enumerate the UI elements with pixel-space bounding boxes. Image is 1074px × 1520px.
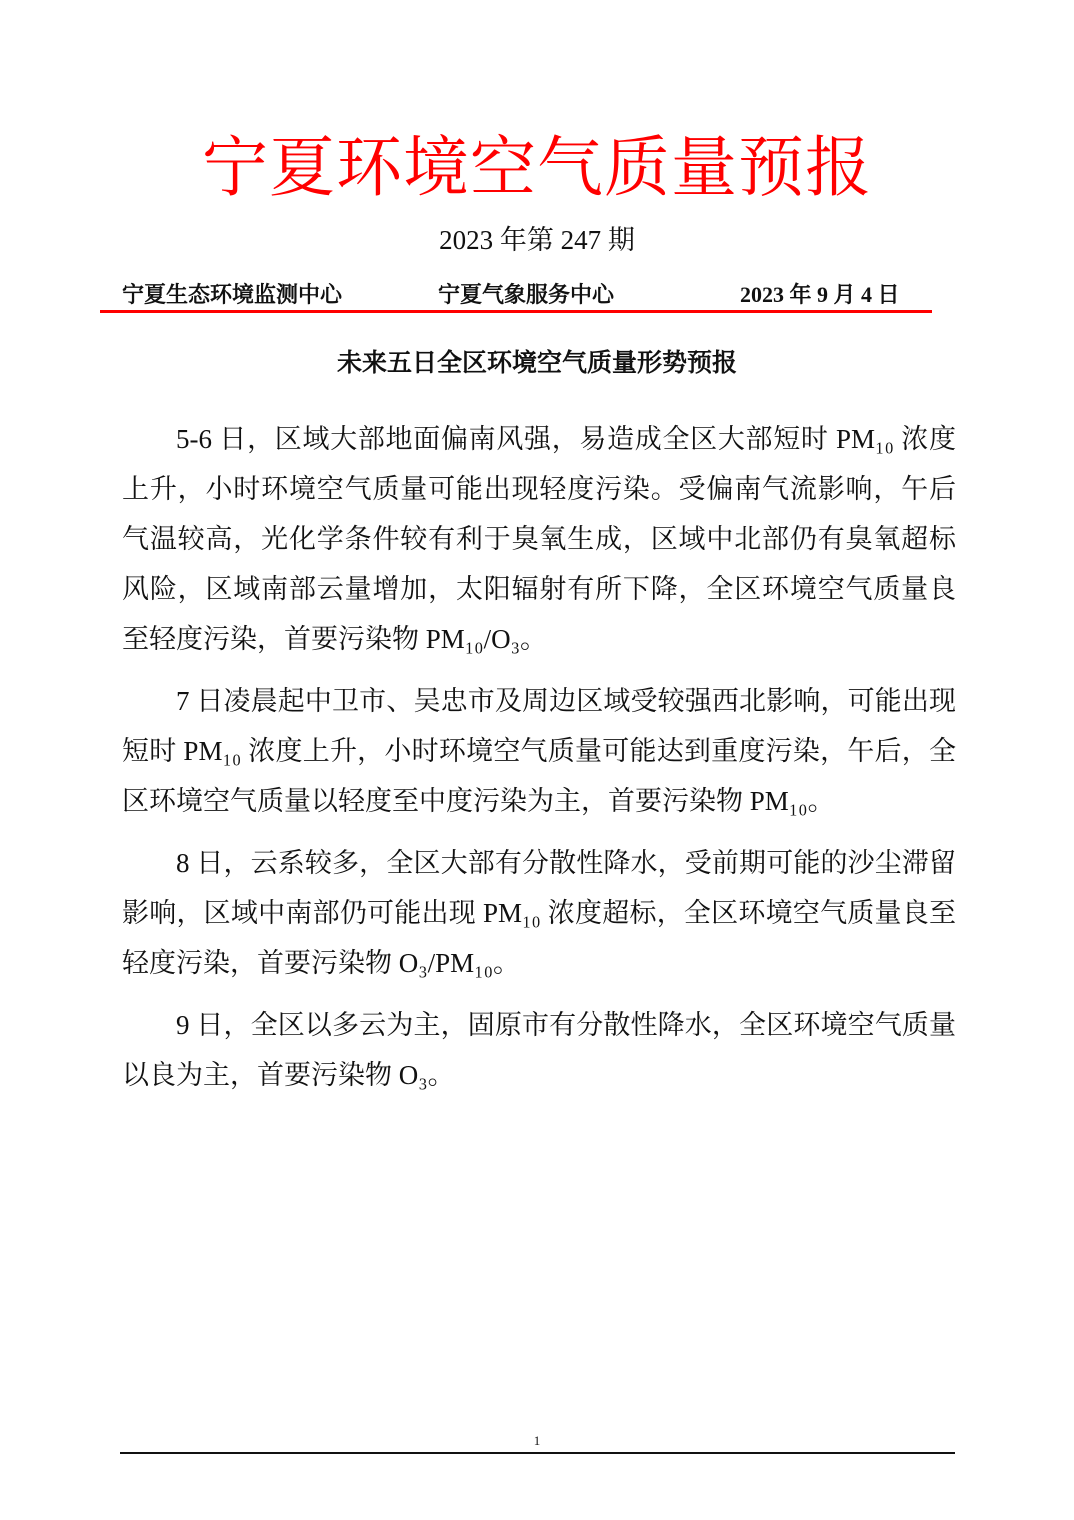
section-title: 未来五日全区环境空气质量形势预报 — [0, 346, 1074, 382]
forecast-paragraph-9: 9 日，全区以多云为主，固原市有分散性降水，全区环境空气质量以良为主，首要污染物… — [122, 1000, 956, 1100]
org-monitoring-center: 宁夏生态环境监测中心 — [122, 280, 342, 310]
page-number: 1 — [0, 1433, 1074, 1449]
forecast-paragraph-8: 8 日，云系较多，全区大部有分散性降水，受前期可能的沙尘滞留影响，区域中南部仍可… — [122, 838, 956, 988]
forecast-paragraph-5-6: 5-6 日，区域大部地面偏南风强，易造成全区大部短时 PM₁₀ 浓度上升，小时环… — [122, 414, 956, 664]
publish-date: 2023 年 9 月 4 日 — [740, 280, 900, 310]
footer-divider — [120, 1452, 955, 1454]
org-meteorological-center: 宁夏气象服务中心 — [438, 280, 614, 310]
header-divider — [100, 310, 932, 313]
forecast-paragraph-7: 7 日凌晨起中卫市、吴忠市及周边区域受较强西北影响，可能出现短时 PM₁₀ 浓度… — [122, 676, 956, 826]
document-title: 宁夏环境空气质量预报 — [0, 128, 1074, 208]
issue-number: 2023 年第 247 期 — [0, 220, 1074, 260]
forecast-body: 5-6 日，区域大部地面偏南风强，易造成全区大部短时 PM₁₀ 浓度上升，小时环… — [122, 414, 956, 1112]
